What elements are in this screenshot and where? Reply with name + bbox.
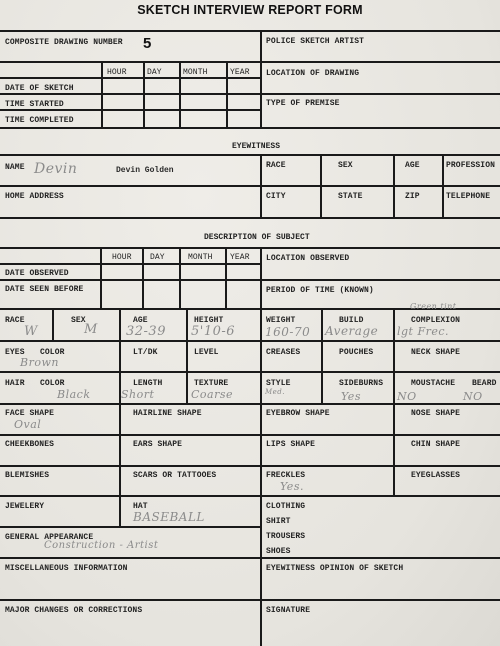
sideburns-label: SIDEBURNS <box>339 379 383 388</box>
eyeglasses-label: EYEGLASSES <box>411 471 460 480</box>
subject-race-label: RACE <box>5 316 25 325</box>
divider <box>179 247 181 309</box>
form-paper: SKETCH INTERVIEW REPORT FORM COMPOSITE D… <box>0 0 500 646</box>
divider <box>0 279 500 281</box>
divider <box>0 557 500 559</box>
divider <box>0 217 500 219</box>
texture-label: TEXTURE <box>194 379 228 388</box>
subj-col-month: MONTH <box>188 253 213 262</box>
hair-color-value[interactable]: Black <box>57 388 91 401</box>
col-hour: HOUR <box>107 68 127 77</box>
face-shape-value[interactable]: Oval <box>14 418 41 431</box>
major-changes-label: MAJOR CHANGES OR CORRECTIONS <box>5 606 142 615</box>
eyebrow-shape-label: EYEBROW SHAPE <box>266 409 330 418</box>
sideburns-value[interactable]: Yes <box>341 390 361 403</box>
length-label: LENGTH <box>133 379 162 388</box>
general-appearance-value[interactable]: Construction - Artist <box>44 540 158 551</box>
level-label: LEVEL <box>194 348 219 357</box>
subj-col-year: YEAR <box>230 253 250 262</box>
eyewitness-age-label: AGE <box>405 161 420 170</box>
divider <box>260 247 262 309</box>
eyes-color-value[interactable]: Brown <box>20 356 59 369</box>
divider <box>0 93 500 95</box>
divider <box>0 263 262 265</box>
date-seen-before-label: DATE SEEN BEFORE <box>5 285 83 294</box>
moustache-value[interactable]: NO <box>397 390 417 403</box>
divider <box>321 308 323 404</box>
hair-color-label: COLOR <box>40 379 65 388</box>
divider <box>0 61 500 63</box>
divider <box>101 61 103 128</box>
trousers-label: TROUSERS <box>266 532 305 541</box>
form-title: SKETCH INTERVIEW REPORT FORM <box>0 3 500 17</box>
divider <box>0 109 262 111</box>
divider <box>442 154 444 218</box>
chin-shape-label: CHIN SHAPE <box>411 440 460 449</box>
divider <box>393 308 395 404</box>
beard-label: BEARD <box>472 379 497 388</box>
freckles-label: FRECKLES <box>266 471 305 480</box>
lt-dk-label: LT/DK <box>133 348 158 357</box>
zip-label: ZIP <box>405 192 420 201</box>
divider <box>142 247 144 309</box>
divider <box>186 308 188 404</box>
subject-age-value[interactable]: 32-39 <box>126 324 166 339</box>
state-label: STATE <box>338 192 363 201</box>
blemishes-label: BLEMISHES <box>5 471 49 480</box>
divider <box>0 434 500 436</box>
subject-section-title: DESCRIPTION OF SUBJECT <box>204 233 310 242</box>
col-month: MONTH <box>183 68 208 77</box>
style-value[interactable]: Med. <box>265 388 285 396</box>
face-shape-label: FACE SHAPE <box>5 409 54 418</box>
neck-shape-label: NECK SHAPE <box>411 348 460 357</box>
pouches-label: POUCHES <box>339 348 373 357</box>
period-of-time-label: PERIOD OF TIME (KNOWN) <box>266 286 374 295</box>
subject-race-value[interactable]: W <box>24 324 38 339</box>
divider <box>0 247 500 249</box>
scars-tattoos-label: SCARS OR TATTOOES <box>133 471 216 480</box>
location-observed-label: LOCATION OBSERVED <box>266 254 349 263</box>
divider <box>0 495 500 497</box>
moustache-label: MOUSTACHE <box>411 379 455 388</box>
divider <box>225 247 227 309</box>
eyewitness-opinion-label: EYEWITNESS OPINION OF SKETCH <box>266 564 403 573</box>
eyewitness-profession-label: PROFESSION <box>446 161 495 170</box>
beard-value[interactable]: NO <box>463 390 483 403</box>
divider <box>0 185 500 187</box>
divider <box>0 371 500 373</box>
time-completed-label: TIME COMPLETED <box>5 116 74 125</box>
divider <box>0 526 262 528</box>
signature-label: SIGNATURE <box>266 606 310 615</box>
subject-build-value[interactable]: Average <box>325 324 378 338</box>
divider <box>0 30 500 32</box>
misc-info-label: MISCELLANEOUS INFORMATION <box>5 564 128 573</box>
clothing-label: CLOTHING <box>266 502 305 511</box>
telephone-label: TELEPHONE <box>446 192 490 201</box>
time-started-label: TIME STARTED <box>5 100 64 109</box>
location-of-drawing-label: LOCATION OF DRAWING <box>266 69 359 78</box>
city-label: CITY <box>266 192 286 201</box>
divider <box>260 154 262 218</box>
divider <box>0 154 500 156</box>
subject-height-value[interactable]: 5'10-6 <box>191 324 235 339</box>
eyewitness-sex-label: SEX <box>338 161 353 170</box>
length-value[interactable]: Short <box>121 388 154 401</box>
freckles-value[interactable]: Yes. <box>280 480 304 493</box>
eyewitness-section-title: EYEWITNESS <box>232 142 280 151</box>
divider <box>260 308 262 646</box>
shirt-label: SHIRT <box>266 517 291 526</box>
divider <box>260 30 262 128</box>
divider <box>0 599 500 601</box>
composite-drawing-value[interactable]: 5 <box>143 35 151 52</box>
eyewitness-race-label: RACE <box>266 161 286 170</box>
divider <box>226 61 228 128</box>
subj-col-day: DAY <box>150 253 165 262</box>
police-artist-label: POLICE SKETCH ARTIST <box>266 37 364 46</box>
hairline-shape-label: HAIRLINE SHAPE <box>133 409 202 418</box>
divider <box>52 308 54 341</box>
style-label: STYLE <box>266 379 291 388</box>
lips-shape-label: LIPS SHAPE <box>266 440 315 449</box>
eyewitness-name-typed[interactable]: Devin Golden <box>116 166 174 175</box>
subject-complexion-value[interactable]: lgt Frec. <box>397 325 449 338</box>
subject-complexion-label: COMPLEXION <box>411 316 460 325</box>
subject-sex-value[interactable]: M <box>84 322 98 337</box>
divider <box>0 465 500 467</box>
divider <box>393 403 395 496</box>
divider <box>100 247 102 309</box>
divider <box>143 61 145 128</box>
col-year: YEAR <box>230 68 250 77</box>
ears-shape-label: EARS SHAPE <box>133 440 182 449</box>
shoes-label: SHOES <box>266 547 291 556</box>
date-of-sketch-label: DATE OF SKETCH <box>5 84 74 93</box>
creases-label: CREASES <box>266 348 300 357</box>
divider <box>393 154 395 218</box>
subject-weight-label: WEIGHT <box>266 316 295 325</box>
divider <box>0 340 500 342</box>
subject-complexion-annotation: Green tint <box>410 302 457 311</box>
cheekbones-label: CHEEKBONES <box>5 440 54 449</box>
texture-value[interactable]: Coarse <box>191 388 233 401</box>
composite-drawing-label: COMPOSITE DRAWING NUMBER <box>5 38 123 47</box>
home-address-label: HOME ADDRESS <box>5 192 64 201</box>
jewelery-label: JEWELERY <box>5 502 44 511</box>
eyewitness-name-handwritten[interactable]: Devin <box>34 161 77 177</box>
divider <box>0 127 500 129</box>
divider <box>0 403 500 405</box>
type-of-premise-label: TYPE OF PREMISE <box>266 99 340 108</box>
col-day: DAY <box>147 68 162 77</box>
subject-weight-value[interactable]: 160-70 <box>265 325 310 339</box>
nose-shape-label: NOSE SHAPE <box>411 409 460 418</box>
divider <box>320 154 322 218</box>
date-observed-label: DATE OBSERVED <box>5 269 69 278</box>
divider <box>179 61 181 128</box>
divider <box>0 77 262 79</box>
eyewitness-name-label: NAME <box>5 163 25 172</box>
hat-value[interactable]: BASEBALL <box>133 510 205 524</box>
hair-label: HAIR <box>5 379 25 388</box>
subj-col-hour: HOUR <box>112 253 132 262</box>
